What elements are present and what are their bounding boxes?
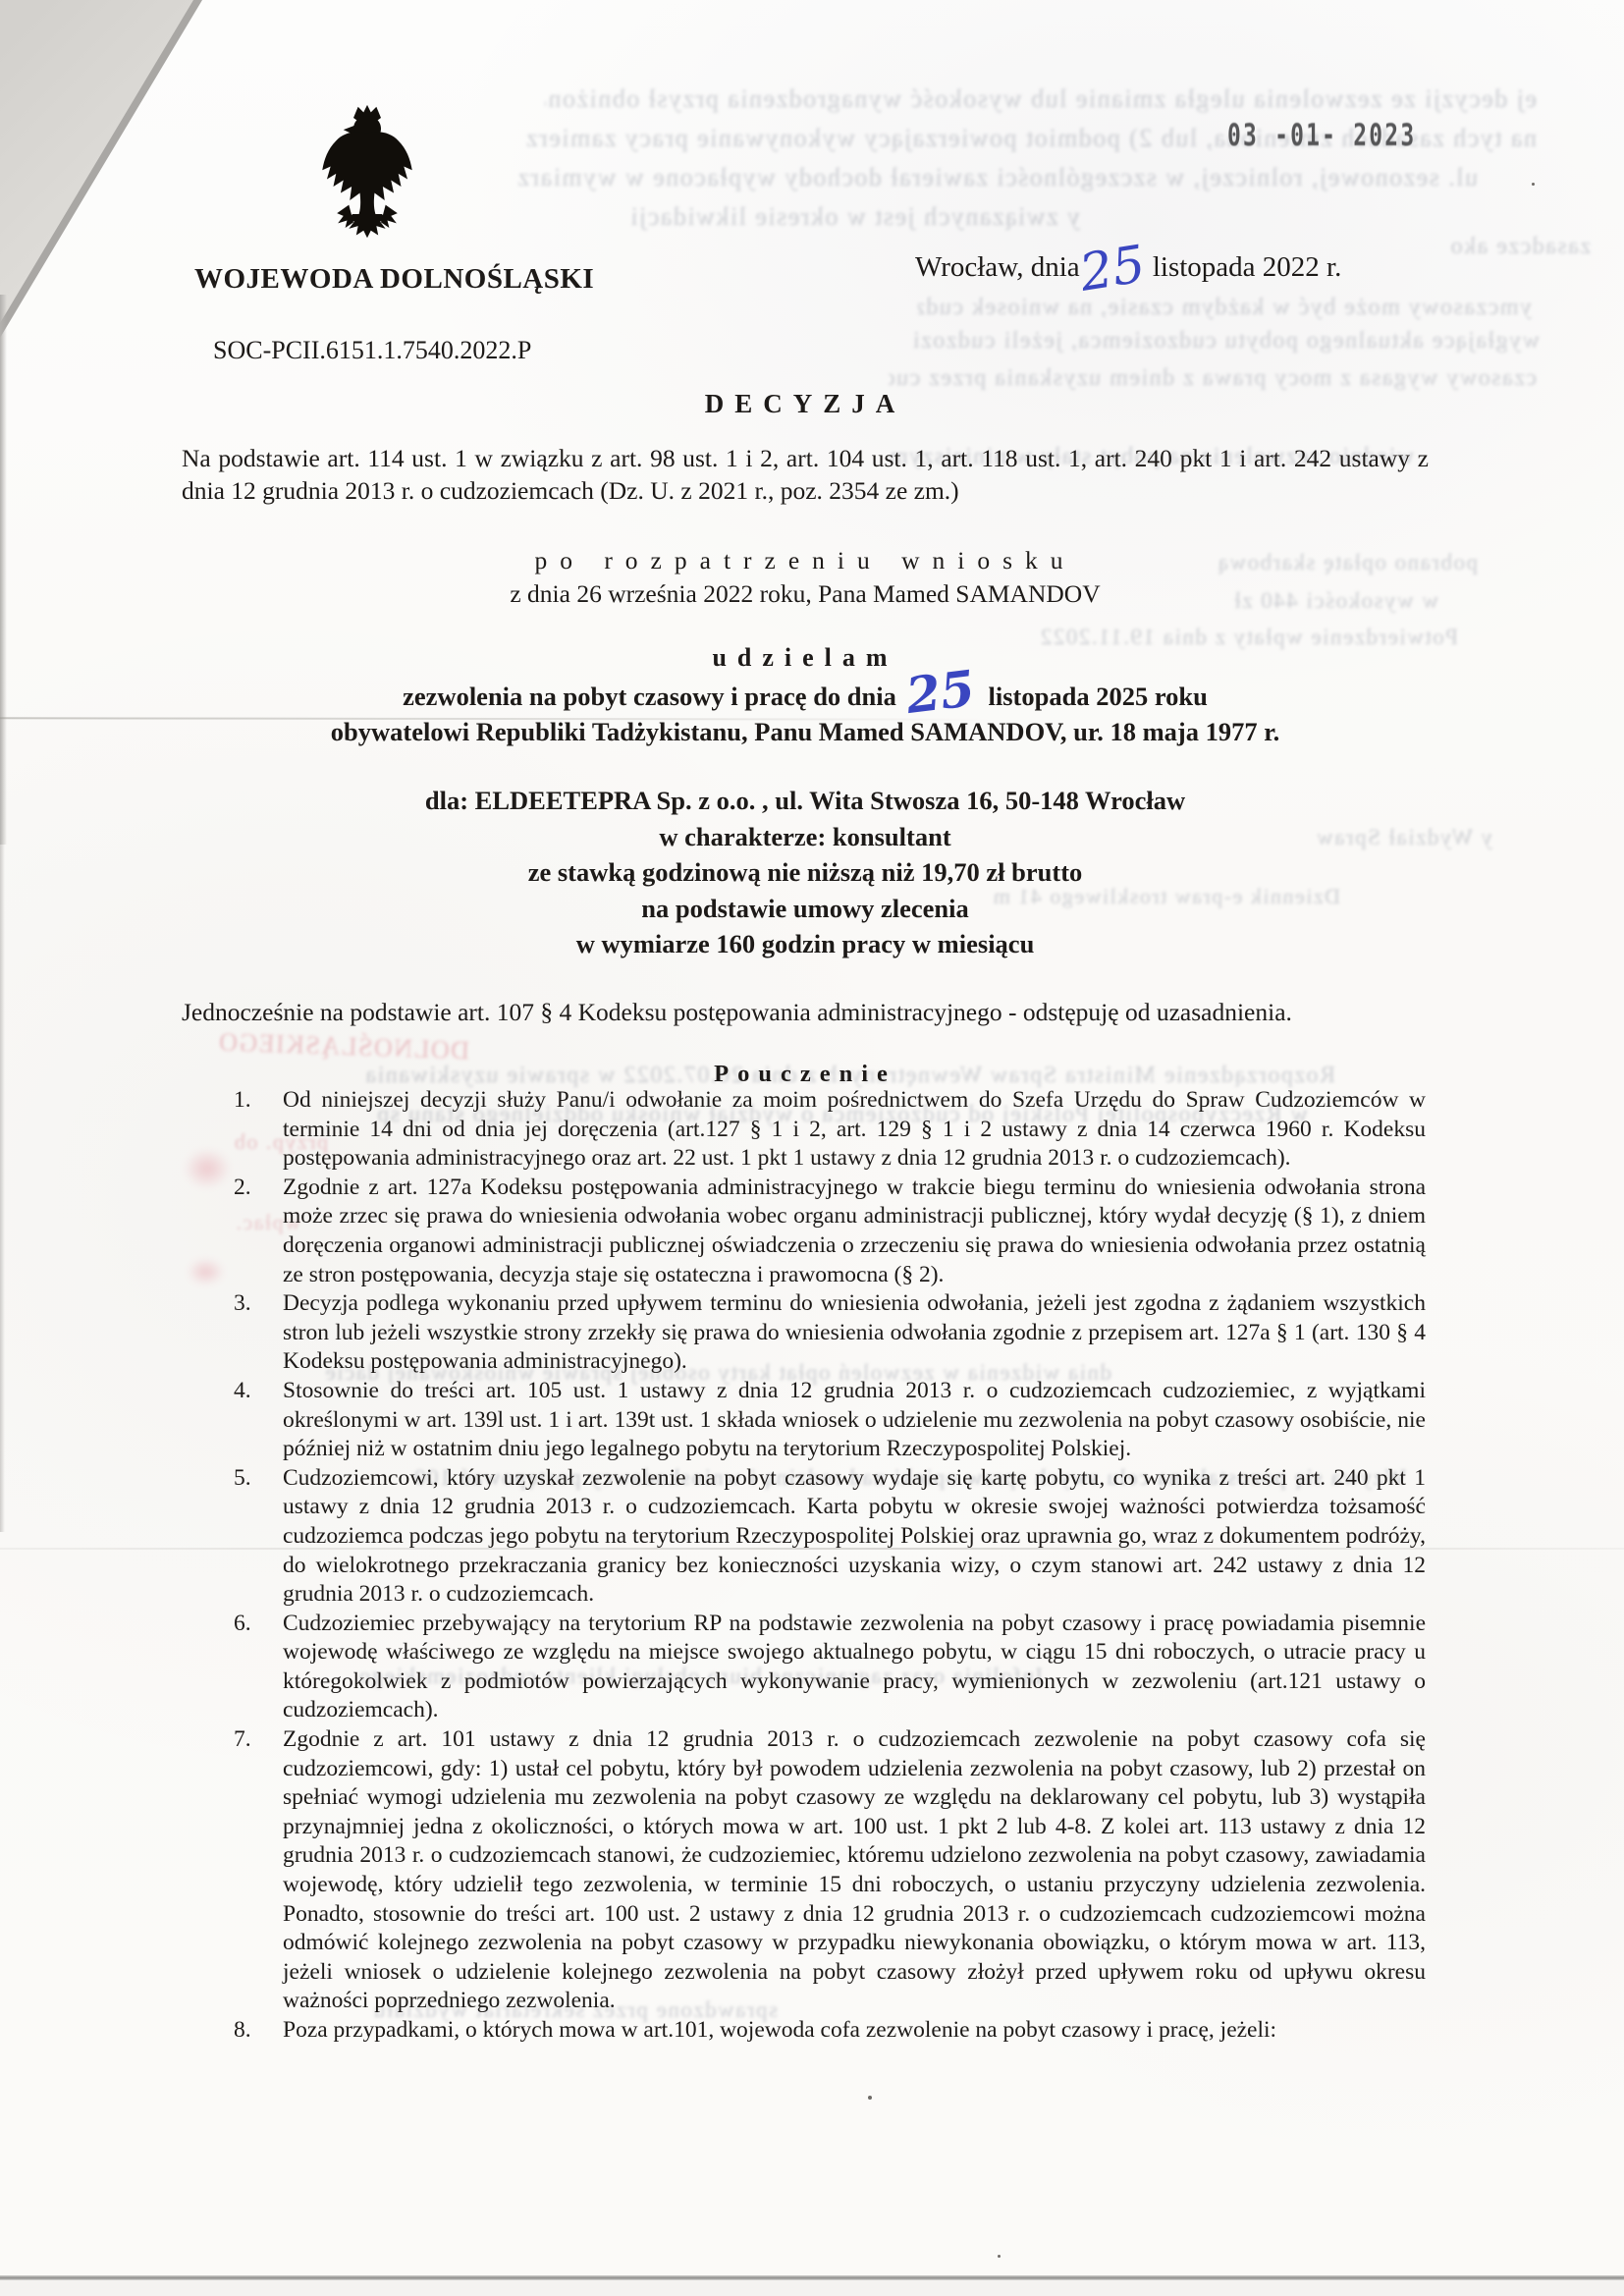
grant-line-prefix: zezwolenia na pobyt czasowy i pracę do d… (403, 682, 896, 711)
place-and-date-line: Wrocław, dnia25listopada 2022 r. (915, 251, 1341, 284)
authority-name: WOJEWODA DOLNOŚLĄSKI (194, 263, 594, 296)
employment-hours: w wymiarze 160 godzin pracy w miesiącu (182, 926, 1429, 962)
pouczenie-item-text: Decyzja podlega wykonaniu przed upływem … (283, 1289, 1426, 1377)
polish-eagle-emblem (312, 100, 422, 246)
pouczenie-heading: Pouczenie (182, 1061, 1429, 1088)
pouczenie-item: 3.Decyzja podlega wykonaniu przed upływe… (234, 1289, 1426, 1377)
document-title: DECYZJA (182, 389, 1429, 419)
pouczenie-item-text: Zgodnie z art. 127a Kodeksu postępowania… (283, 1174, 1426, 1289)
pouczenie-item: 1.Od niniejszej decyzji służy Panu/i odw… (234, 1086, 1426, 1174)
bleedthrough-text: ymczasowy może być w każdym czasie, na w… (918, 295, 1532, 321)
bleedthrough-text: czasowy wygasa z mocy prawa z dniem uzys… (889, 365, 1537, 392)
red-ink-smudge (179, 1252, 233, 1291)
pouczenie-item-number: 6. (234, 1610, 283, 1639)
scan-below-edge (0, 2280, 1624, 2296)
document-page: ej decyzji ze zezwolenia uległa zmianie … (0, 0, 1624, 2296)
pouczenie-item: 2.Zgodnie z art. 127a Kodeksu postępowan… (234, 1174, 1426, 1289)
grant-line-citizen: obywatelowi Republiki Tadżykistanu, Panu… (182, 717, 1429, 747)
pouczenie-item-number: 1. (234, 1086, 283, 1116)
pouczenie-item-text: Stosownie do treści art. 105 ust. 1 usta… (283, 1377, 1426, 1464)
pouczenie-item-number: 3. (234, 1289, 283, 1319)
pouczenie-item-text: Cudzoziemiec przebywający na terytorium … (283, 1610, 1426, 1725)
place-date-prefix: Wrocław, dnia (915, 251, 1080, 283)
pouczenie-item: 7.Zgodnie z art. 101 ustawy z dnia 12 gr… (234, 1725, 1426, 2016)
pouczenie-item-number: 5. (234, 1464, 283, 1494)
scan-edge-left (0, 295, 7, 845)
case-number: SOC-PCII.6151.1.7540.2022.P (213, 336, 531, 365)
employment-employer: dla: ELDEETEPRA Sp. z o.o. , ul. Wita St… (182, 783, 1429, 819)
scan-speck (1532, 183, 1535, 186)
grant-word: udzielam (182, 643, 1429, 673)
scan-edge-left-lower (0, 845, 5, 1532)
handwritten-day-date: 25 (1080, 264, 1144, 274)
red-ink-smudge (173, 1139, 242, 1198)
pouczenie-list: 1.Od niniejszej decyzji służy Panu/i odw… (234, 1086, 1426, 2046)
bleedthrough-text: ul. sezonowej, rolniczej, w szczególnośc… (515, 163, 1478, 192)
place-date-suffix: listopada 2022 r. (1153, 251, 1342, 283)
pouczenie-item-number: 4. (234, 1377, 283, 1406)
bleedthrough-text: zasadcze ako (1355, 234, 1591, 260)
pouczenie-item-number: 2. (234, 1174, 283, 1203)
grant-line-suffix: listopada 2025 roku (988, 682, 1207, 711)
no-justification-note: Jednocześnie na podstawie art. 107 § 4 K… (182, 998, 1429, 1027)
pouczenie-item-number: 8. (234, 2016, 283, 2046)
pouczenie-item-text: Cudzoziemcowi, który uzyskał zezwolenie … (283, 1464, 1426, 1610)
employment-wage: ze stawką godzinową nie niższą niż 19,70… (182, 854, 1429, 891)
employment-position: w charakterze: konsultant (182, 819, 1429, 855)
scan-speck (868, 2096, 872, 2100)
bleedthrough-text: y związanych jest w okresie likwidacji (530, 202, 1080, 232)
received-date-stamp: 03 -01- 2023 (1227, 118, 1416, 153)
pouczenie-item: 8.Poza przypadkami, o których mowa w art… (234, 2016, 1426, 2046)
pouczenie-item-number: 7. (234, 1725, 283, 1755)
grant-line-permit: zezwolenia na pobyt czasowy i pracę do d… (182, 682, 1429, 712)
pouczenie-item: 5.Cudzoziemcowi, który uzyskał zezwoleni… (234, 1464, 1426, 1610)
pouczenie-item-text: Poza przypadkami, o których mowa w art.1… (283, 2016, 1426, 2046)
bleedthrough-text: wygłające aktualnego pobytu cudzoziemca,… (911, 328, 1540, 355)
pouczenie-item-text: Zgodnie z art. 101 ustawy z dnia 12 grud… (283, 1725, 1426, 2016)
legal-basis-paragraph: Na podstawie art. 114 ust. 1 w związku z… (182, 442, 1429, 507)
consideration-detail: z dnia 26 września 2022 roku, Pana Mamed… (182, 579, 1429, 609)
employment-contract: na podstawie umowy zlecenia (182, 891, 1429, 927)
handwritten-day-grant: 25 (906, 688, 974, 696)
bleedthrough-text: ej decyzji ze zezwolenia uległa zmianie … (545, 84, 1537, 114)
scan-speck (998, 2255, 1001, 2258)
pouczenie-item: 4.Stosownie do treści art. 105 ust. 1 us… (234, 1377, 1426, 1464)
consideration-heading: po rozpatrzeniu wniosku (182, 546, 1429, 575)
scan-corner-fold (0, 0, 193, 323)
pouczenie-item: 6.Cudzoziemiec przebywający na terytoriu… (234, 1610, 1426, 1725)
pouczenie-item-text: Od niniejszej decyzji służy Panu/i odwoł… (283, 1086, 1426, 1174)
employment-conditions: dla: ELDEETEPRA Sp. z o.o. , ul. Wita St… (182, 783, 1429, 962)
